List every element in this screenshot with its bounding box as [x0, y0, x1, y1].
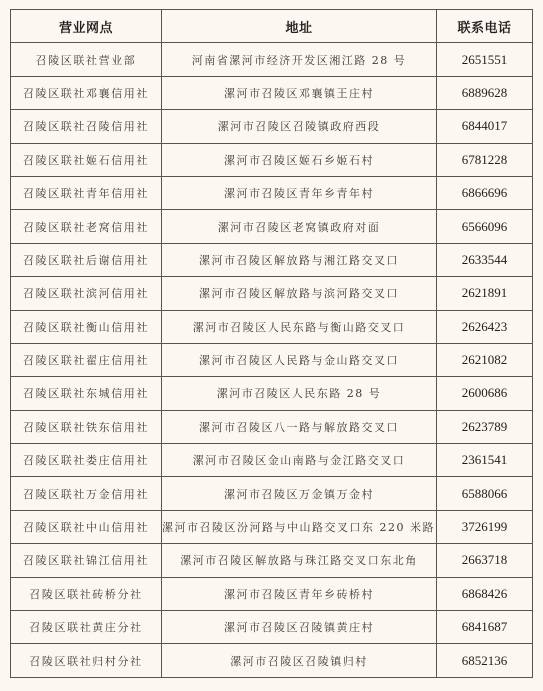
- branch-phone: 2621891: [437, 277, 533, 310]
- branch-phone: 2361541: [437, 444, 533, 477]
- branch-name: 召陵区联社归村分社: [11, 644, 162, 677]
- branch-name: 召陵区联社衡山信用社: [11, 310, 162, 343]
- branch-phone: 2633544: [437, 243, 533, 276]
- branch-address: 漯河市召陵区青年乡青年村: [162, 176, 437, 209]
- branch-phone: 2663718: [437, 544, 533, 577]
- table-row: 召陵区联社中山信用社 漯河市召陵区汾河路与中山路交叉口东 220 米路南 372…: [11, 510, 533, 543]
- table-row: 召陵区联社青年信用社 漯河市召陵区青年乡青年村 6866696: [11, 176, 533, 209]
- table-row: 召陵区联社邓襄信用社 漯河市召陵区邓襄镇王庄村 6889628: [11, 76, 533, 109]
- table-row: 召陵区联社万金信用社 漯河市召陵区万金镇万金村 6588066: [11, 477, 533, 510]
- table-row: 召陵区联社滨河信用社 漯河市召陵区解放路与滨河路交叉口 2621891: [11, 277, 533, 310]
- branch-address: 漯河市召陵区人民东路与衡山路交叉口: [162, 310, 437, 343]
- branch-phone: 6844017: [437, 110, 533, 143]
- branch-phone: 2651551: [437, 43, 533, 76]
- branch-name: 召陵区联社营业部: [11, 43, 162, 76]
- branch-address: 漯河市召陵区人民路与金山路交叉口: [162, 343, 437, 376]
- branch-name: 召陵区联社后谢信用社: [11, 243, 162, 276]
- branch-phone: 6866696: [437, 176, 533, 209]
- branch-phone: 2626423: [437, 310, 533, 343]
- branch-phone: 2600686: [437, 377, 533, 410]
- branch-contact-table: 营业网点 地址 联系电话 召陵区联社营业部 河南省漯河市经济开发区湘江路 28 …: [10, 9, 533, 678]
- header-branch: 营业网点: [11, 10, 162, 43]
- branch-address: 漯河市召陵区老窝镇政府对面: [162, 210, 437, 243]
- table-row: 召陵区联社东城信用社 漯河市召陵区人民东路 28 号 2600686: [11, 377, 533, 410]
- table-header-row: 营业网点 地址 联系电话: [11, 10, 533, 43]
- branch-phone: 6588066: [437, 477, 533, 510]
- table-row: 召陵区联社姬石信用社 漯河市召陵区姬石乡姬石村 6781228: [11, 143, 533, 176]
- branch-address: 漯河市召陵区召陵镇政府西段: [162, 110, 437, 143]
- branch-address: 漯河市召陵区召陵镇黄庄村: [162, 611, 437, 644]
- document-page: 营业网点 地址 联系电话 召陵区联社营业部 河南省漯河市经济开发区湘江路 28 …: [0, 0, 543, 691]
- branch-name: 召陵区联社铁东信用社: [11, 410, 162, 443]
- branch-address: 河南省漯河市经济开发区湘江路 28 号: [162, 43, 437, 76]
- table-row: 召陵区联社后谢信用社 漯河市召陵区解放路与湘江路交叉口 2633544: [11, 243, 533, 276]
- table-row: 召陵区联社黄庄分社 漯河市召陵区召陵镇黄庄村 6841687: [11, 611, 533, 644]
- branch-phone: 2623789: [437, 410, 533, 443]
- branch-address: 漯河市召陵区八一路与解放路交叉口: [162, 410, 437, 443]
- branch-phone: 6566096: [437, 210, 533, 243]
- branch-address: 漯河市召陵区解放路与湘江路交叉口: [162, 243, 437, 276]
- branch-address: 漯河市召陵区青年乡砖桥村: [162, 577, 437, 610]
- table-row: 召陵区联社营业部 河南省漯河市经济开发区湘江路 28 号 2651551: [11, 43, 533, 76]
- branch-name: 召陵区联社青年信用社: [11, 176, 162, 209]
- branch-address: 漯河市召陵区召陵镇归村: [162, 644, 437, 677]
- table-row: 召陵区联社娄庄信用社 漯河市召陵区金山南路与金江路交叉口 2361541: [11, 444, 533, 477]
- branch-phone: 6852136: [437, 644, 533, 677]
- table-row: 召陵区联社老窝信用社 漯河市召陵区老窝镇政府对面 6566096: [11, 210, 533, 243]
- branch-phone: 6889628: [437, 76, 533, 109]
- table-row: 召陵区联社衡山信用社 漯河市召陵区人民东路与衡山路交叉口 2626423: [11, 310, 533, 343]
- table-row: 召陵区联社砖桥分社 漯河市召陵区青年乡砖桥村 6868426: [11, 577, 533, 610]
- branch-name: 召陵区联社老窝信用社: [11, 210, 162, 243]
- branch-address: 漯河市召陵区解放路与滨河路交叉口: [162, 277, 437, 310]
- header-phone: 联系电话: [437, 10, 533, 43]
- table-row: 召陵区联社归村分社 漯河市召陵区召陵镇归村 6852136: [11, 644, 533, 677]
- branch-name: 召陵区联社召陵信用社: [11, 110, 162, 143]
- branch-address: 漯河市召陵区邓襄镇王庄村: [162, 76, 437, 109]
- branch-name: 召陵区联社翟庄信用社: [11, 343, 162, 376]
- table-row: 召陵区联社铁东信用社 漯河市召陵区八一路与解放路交叉口 2623789: [11, 410, 533, 443]
- table-row: 召陵区联社召陵信用社 漯河市召陵区召陵镇政府西段 6844017: [11, 110, 533, 143]
- branch-address: 漯河市召陵区解放路与珠江路交叉口东北角: [162, 544, 437, 577]
- branch-phone: 6868426: [437, 577, 533, 610]
- branch-name: 召陵区联社中山信用社: [11, 510, 162, 543]
- branch-name: 召陵区联社娄庄信用社: [11, 444, 162, 477]
- table-row: 召陵区联社翟庄信用社 漯河市召陵区人民路与金山路交叉口 2621082: [11, 343, 533, 376]
- branch-name: 召陵区联社锦江信用社: [11, 544, 162, 577]
- branch-phone: 3726199: [437, 510, 533, 543]
- branch-name: 召陵区联社砖桥分社: [11, 577, 162, 610]
- branch-name: 召陵区联社姬石信用社: [11, 143, 162, 176]
- branch-address: 漯河市召陵区金山南路与金江路交叉口: [162, 444, 437, 477]
- branch-address: 漯河市召陵区汾河路与中山路交叉口东 220 米路南: [162, 510, 437, 543]
- branch-address: 漯河市召陵区万金镇万金村: [162, 477, 437, 510]
- branch-address: 漯河市召陵区人民东路 28 号: [162, 377, 437, 410]
- branch-phone: 2621082: [437, 343, 533, 376]
- branch-name: 召陵区联社东城信用社: [11, 377, 162, 410]
- branch-phone: 6781228: [437, 143, 533, 176]
- branch-address: 漯河市召陵区姬石乡姬石村: [162, 143, 437, 176]
- header-address: 地址: [162, 10, 437, 43]
- branch-name: 召陵区联社滨河信用社: [11, 277, 162, 310]
- branch-name: 召陵区联社黄庄分社: [11, 611, 162, 644]
- branch-name: 召陵区联社邓襄信用社: [11, 76, 162, 109]
- branch-name: 召陵区联社万金信用社: [11, 477, 162, 510]
- table-row: 召陵区联社锦江信用社 漯河市召陵区解放路与珠江路交叉口东北角 2663718: [11, 544, 533, 577]
- branch-phone: 6841687: [437, 611, 533, 644]
